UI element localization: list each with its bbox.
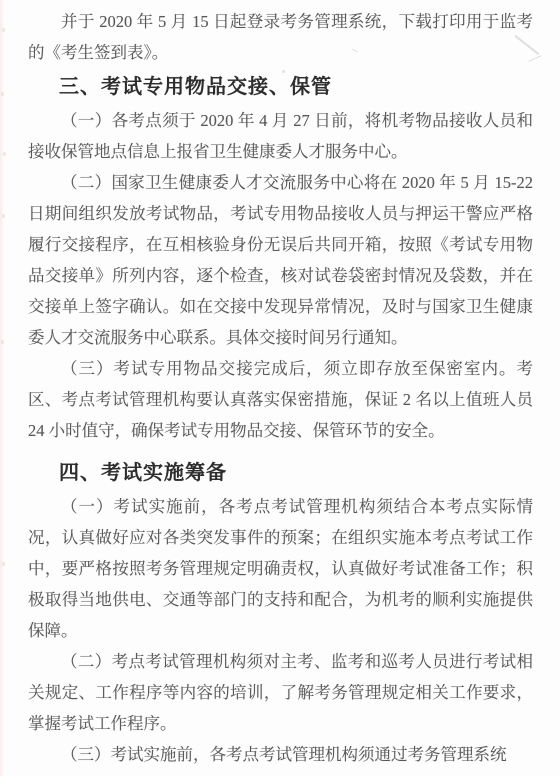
paragraph: （二）考点考试管理机构须对主考、监考和巡考人员进行考试相关规定、工作程序等内容的… — [28, 646, 533, 739]
scan-dot-artifact — [1, 92, 4, 96]
scan-dot-artifact — [3, 152, 6, 156]
paragraph: （一）各考点须于 2020 年 4 月 27 日前，将机考物品接收人员和接收保管… — [28, 105, 533, 167]
document-content: 并于 2020 年 5 月 15 日起登录考务管理系统，下载打印用于监考的《考生… — [28, 6, 533, 770]
section-heading: 四、考试实施筹备 — [28, 458, 533, 489]
scan-dot-artifact — [2, 214, 5, 218]
paragraph: （二）国家卫生健康委人才交流服务中心将在 2020 年 5 月 15-22 日期… — [28, 167, 533, 353]
paragraph: （三）考试专用物品交接完成后，须立即存放至保密室内。考区、考点考试管理机构要认真… — [28, 353, 533, 446]
scan-dot-artifact — [1, 340, 4, 344]
scan-dot-artifact — [2, 28, 5, 32]
scan-edge-artifact — [0, 0, 4, 776]
paragraph: （三）考试实施前，各考点考试管理机构须通过考务管理系统 — [28, 739, 533, 770]
document-page: 并于 2020 年 5 月 15 日起登录考务管理系统，下载打印用于监考的《考生… — [0, 0, 560, 776]
section-heading: 三、考试专用物品交接、保管 — [28, 72, 533, 103]
paragraph: 并于 2020 年 5 月 15 日起登录考务管理系统，下载打印用于监考的《考生… — [28, 6, 533, 68]
paragraph: （一）考试实施前，各考点考试管理机构须结合本考点实际情况，认真做好应对各类突发事… — [28, 491, 533, 646]
scan-dot-artifact — [2, 562, 5, 566]
